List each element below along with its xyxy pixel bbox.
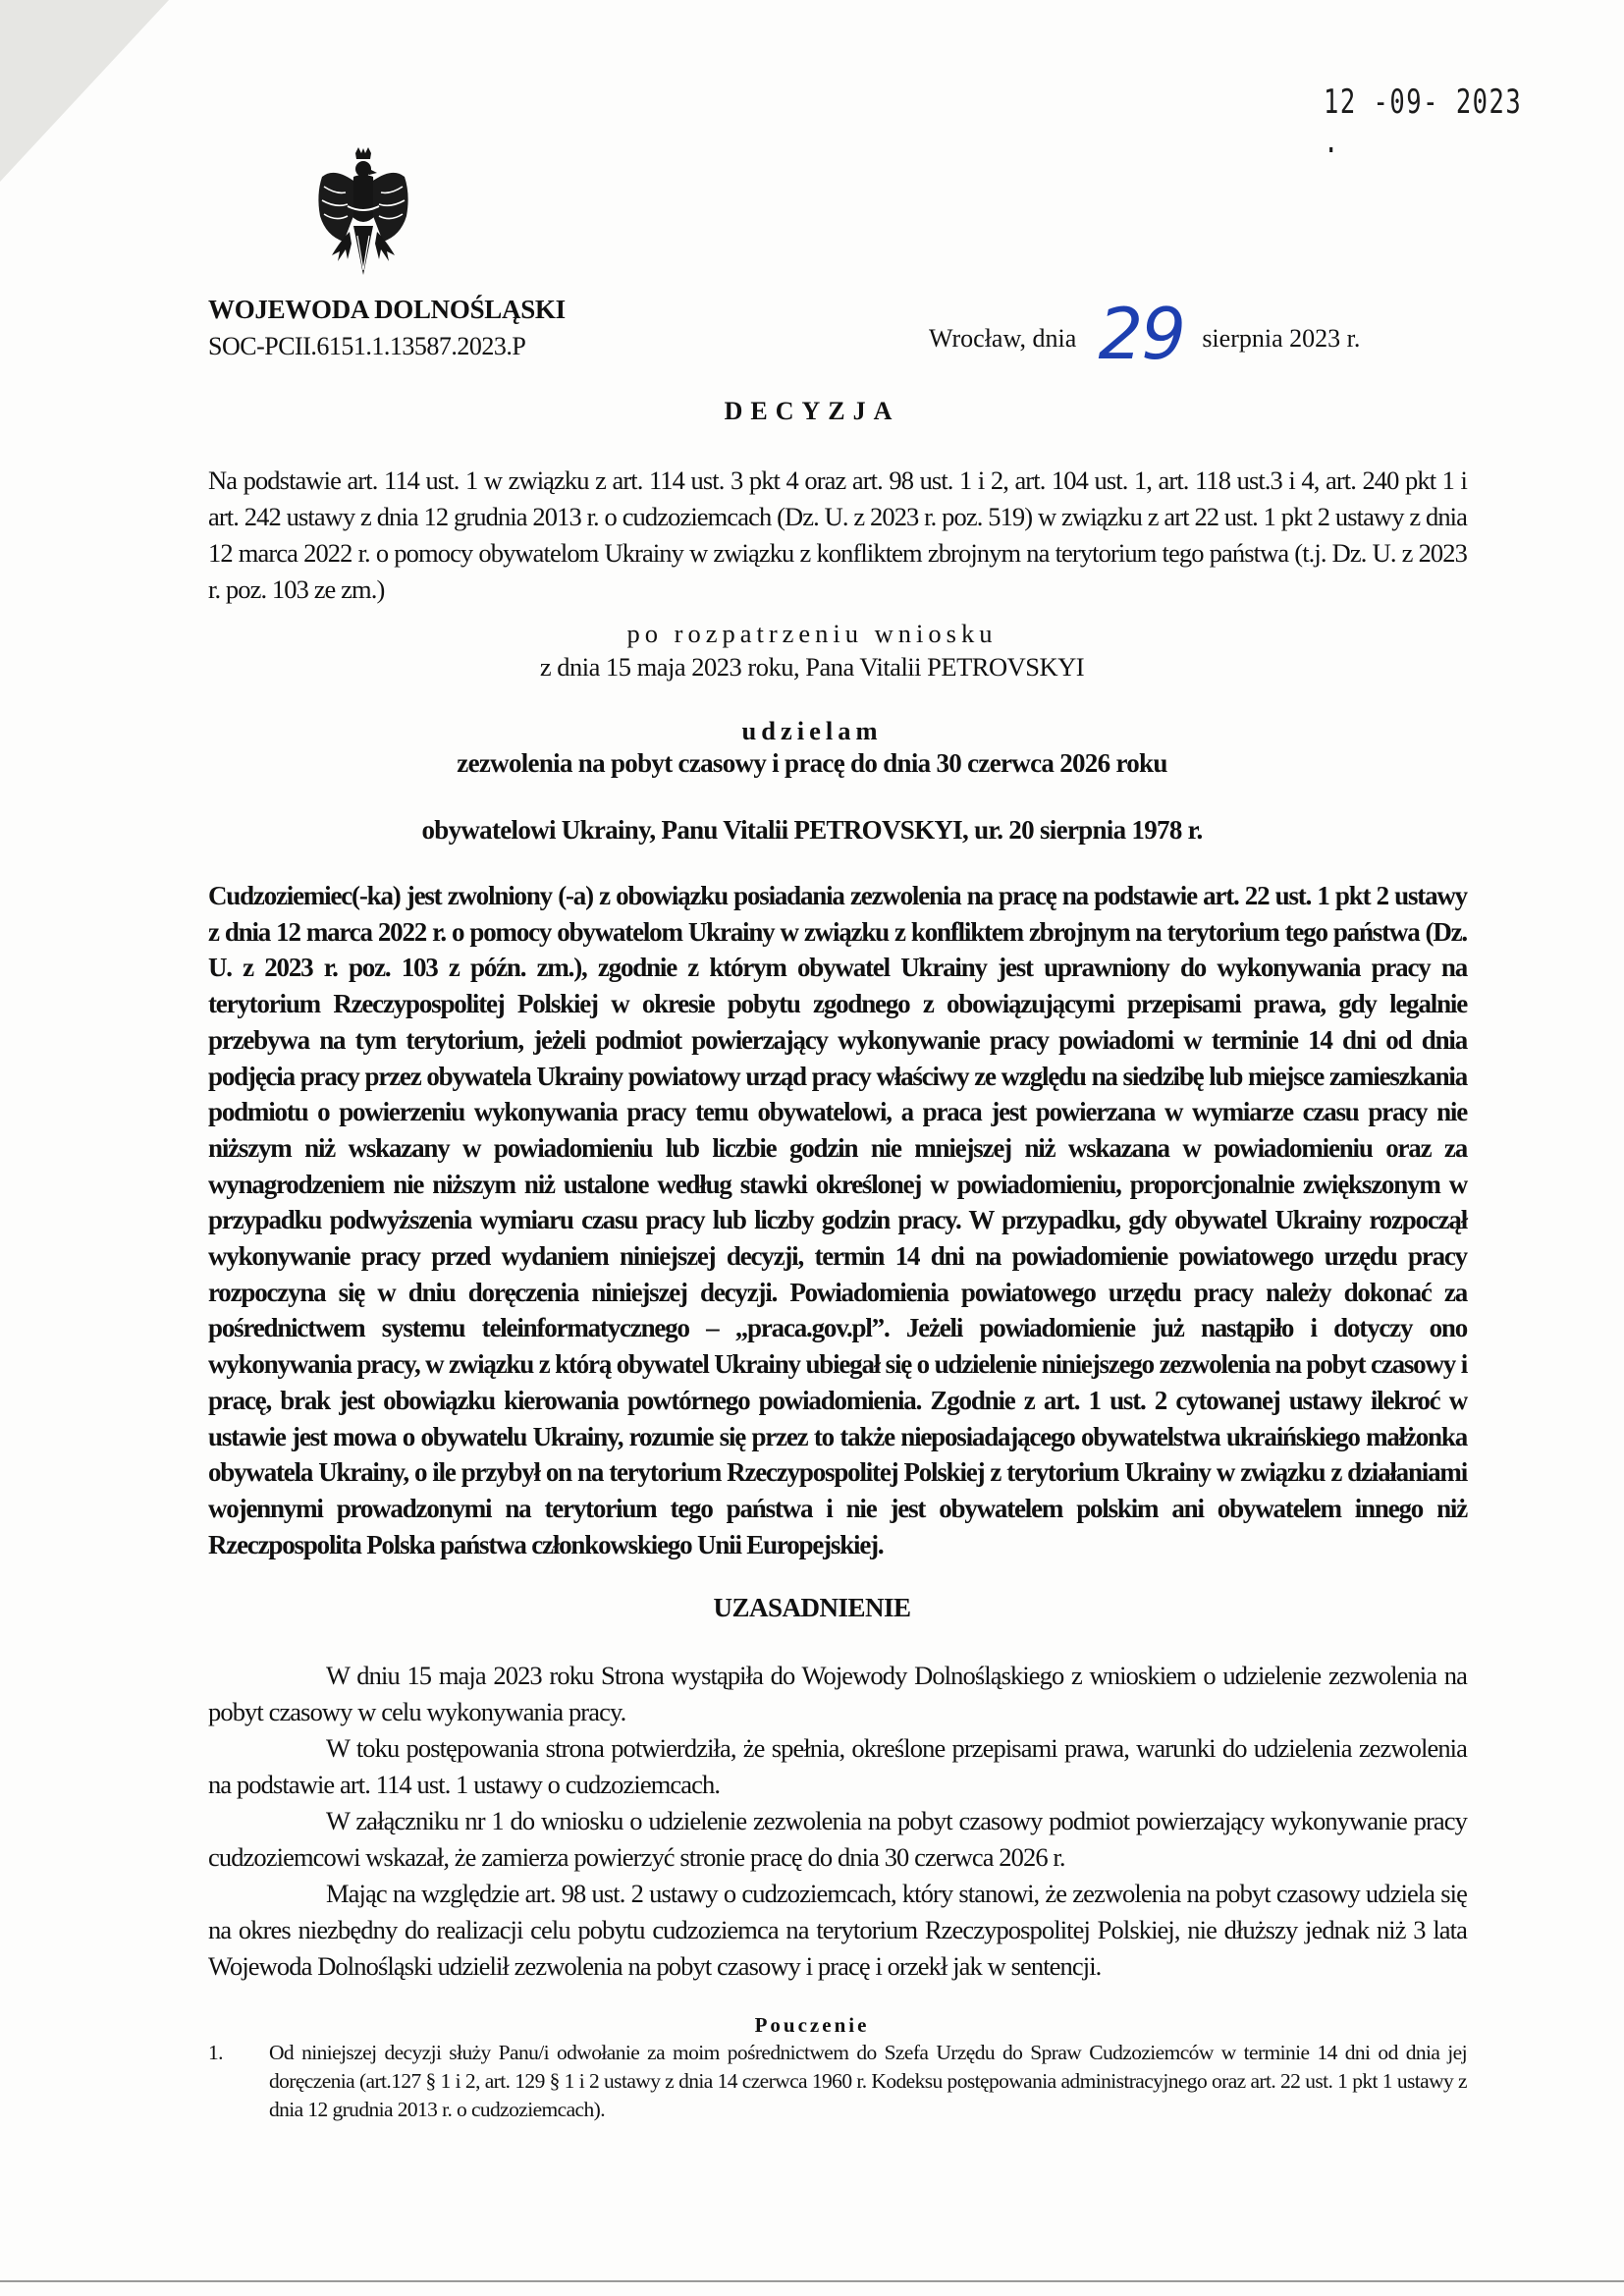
instruction-item: 1. Od niniejszej decyzji służy Panu/i od… — [208, 2039, 1467, 2124]
recipient-line: obywatelowi Ukrainy, Panu Vitalii PETROV… — [0, 815, 1624, 846]
justification-paragraph: W dniu 15 maja 2023 roku Strona wystąpił… — [208, 1658, 1467, 1730]
instruction-item-number: 1. — [208, 2039, 269, 2124]
grant-verb: udzielam — [0, 716, 1624, 746]
document-title: DECYZJA — [0, 397, 1624, 426]
received-date-stamp: 12 -09- 2023 . — [1324, 82, 1549, 161]
after-review-line: po rozpatrzeniu wniosku — [0, 619, 1624, 649]
scanned-document-page: 12 -09- 2023 . WOJEWODA DOLNOŚ — [0, 0, 1624, 2296]
handwritten-day: 29 — [1092, 304, 1190, 363]
polish-eagle-emblem-icon — [314, 147, 412, 295]
instruction-item-text: Od niniejszej decyzji służy Panu/i odwoł… — [269, 2039, 1467, 2124]
month-year: sierpnia 2023 r. — [1202, 324, 1360, 354]
legal-basis-paragraph: Na podstawie art. 114 ust. 1 w związku z… — [208, 463, 1467, 608]
justification-paragraph: W załączniku nr 1 do wniosku o udzieleni… — [208, 1803, 1467, 1876]
justification-heading: UZASADNIENIE — [0, 1593, 1624, 1623]
instruction-heading: Pouczenie — [0, 2013, 1624, 2038]
justification-body: W dniu 15 maja 2023 roku Strona wystąpił… — [208, 1658, 1467, 1985]
justification-paragraph: W toku postępowania strona potwierdziła,… — [208, 1730, 1467, 1803]
instruction-list: 1. Od niniejszej decyzji służy Panu/i od… — [208, 2039, 1467, 2124]
work-permit-exemption-paragraph: Cudzoziemiec(-ka) jest zwolniony (-a) z … — [208, 878, 1467, 1562]
issuing-authority: WOJEWODA DOLNOŚLĄSKI — [208, 295, 566, 325]
scan-edge-line — [0, 2280, 1624, 2282]
folded-corner — [0, 0, 169, 182]
case-reference-number: SOC-PCII.6151.1.13587.2023.P — [208, 332, 525, 361]
place-prefix: Wrocław, dnia — [929, 324, 1076, 354]
place-and-date: Wrocław, dnia 29 sierpnia 2023 r. — [929, 295, 1360, 354]
permit-description: zezwolenia na pobyt czasowy i pracę do d… — [0, 748, 1624, 779]
application-reference-line: z dnia 15 maja 2023 roku, Pana Vitalii P… — [0, 652, 1624, 683]
justification-paragraph: Mając na względzie art. 98 ust. 2 ustawy… — [208, 1876, 1467, 1985]
